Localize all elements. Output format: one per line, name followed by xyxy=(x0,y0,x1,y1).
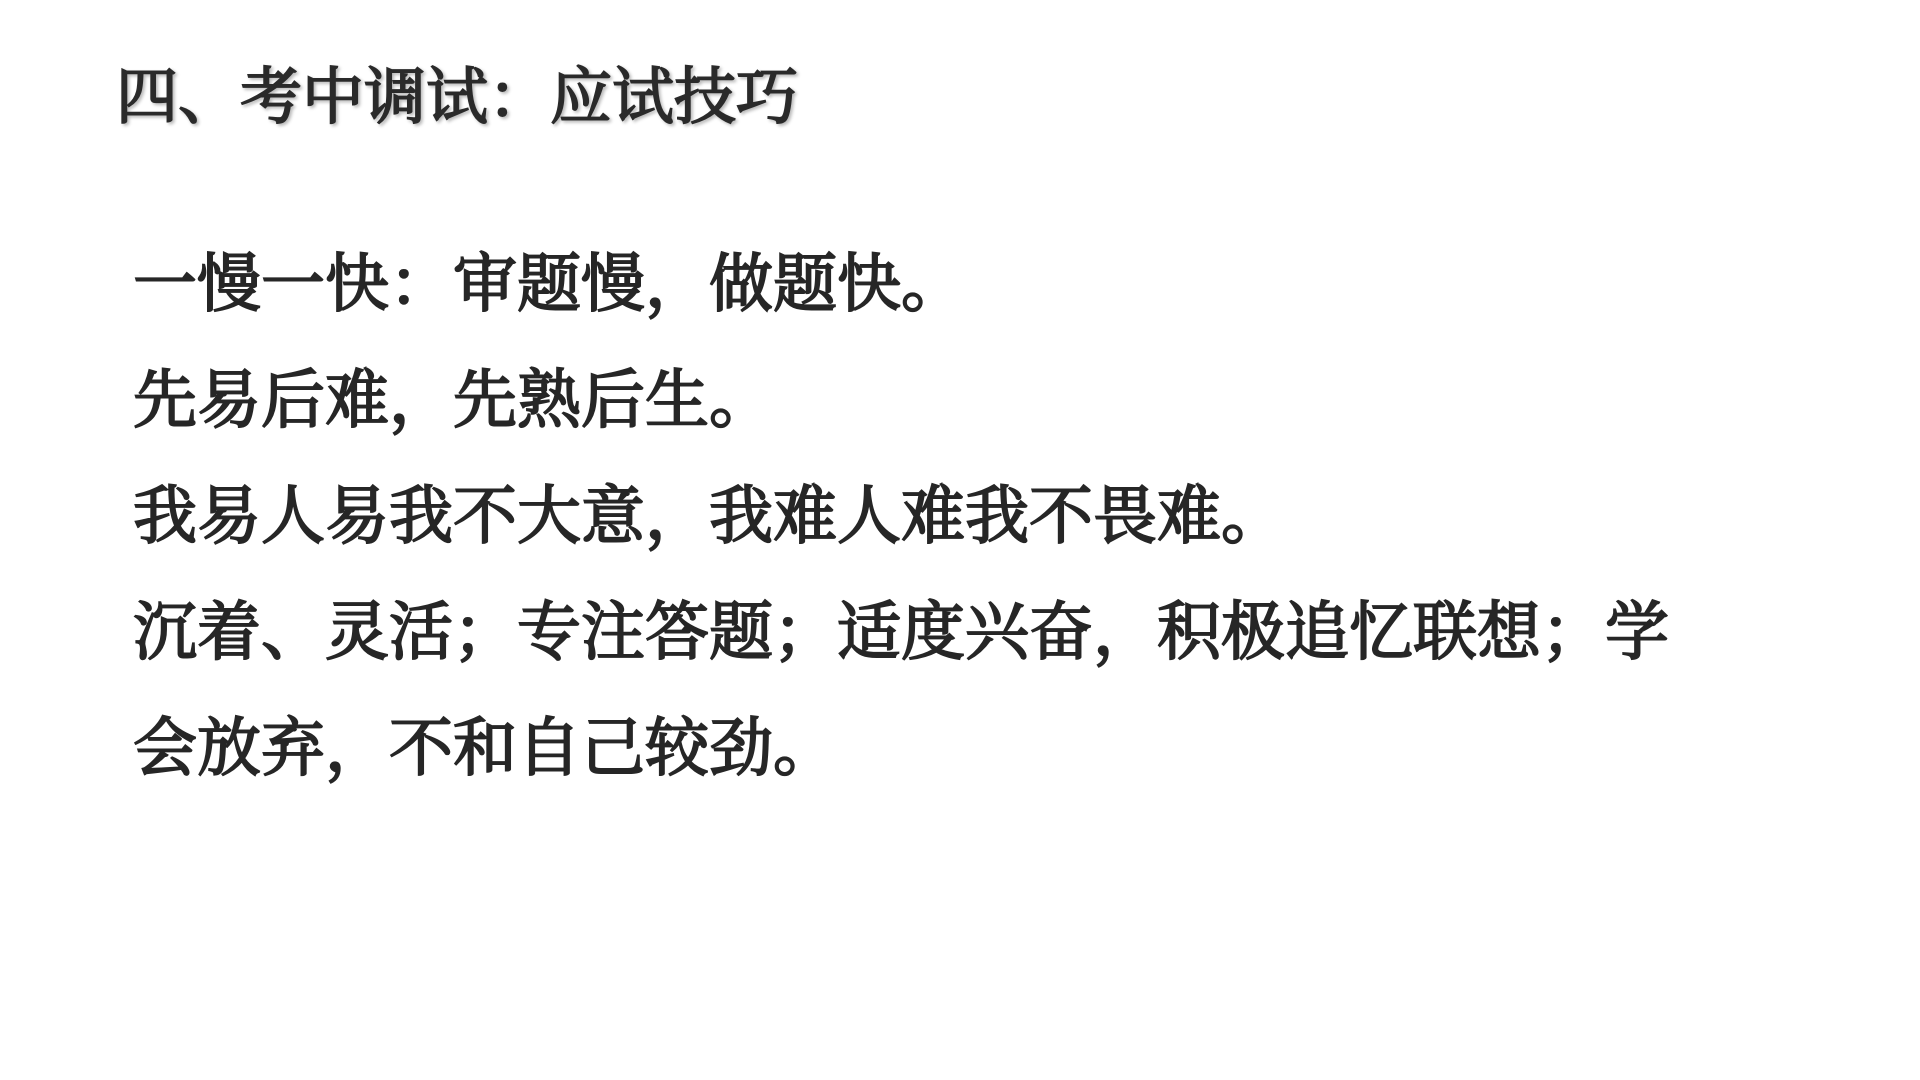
body-line-4: 沉着、灵活；专注答题；适度兴奋，积极追忆联想；学 xyxy=(133,593,1833,673)
body-line-5: 会放弃，不和自己较劲。 xyxy=(133,709,1833,789)
slide: 四、考中调试：应试技巧 一慢一快：审题慢，做题快。 先易后难，先熟后生。 我易人… xyxy=(0,0,1920,1080)
body-line-3: 我易人易我不大意，我难人难我不畏难。 xyxy=(133,477,1833,557)
body-line-1: 一慢一快：审题慢，做题快。 xyxy=(133,245,1833,325)
body-line-2: 先易后难，先熟后生。 xyxy=(133,361,1833,441)
slide-body: 一慢一快：审题慢，做题快。 先易后难，先熟后生。 我易人易我不大意，我难人难我不… xyxy=(133,245,1833,825)
slide-title: 四、考中调试：应试技巧 xyxy=(116,58,798,136)
